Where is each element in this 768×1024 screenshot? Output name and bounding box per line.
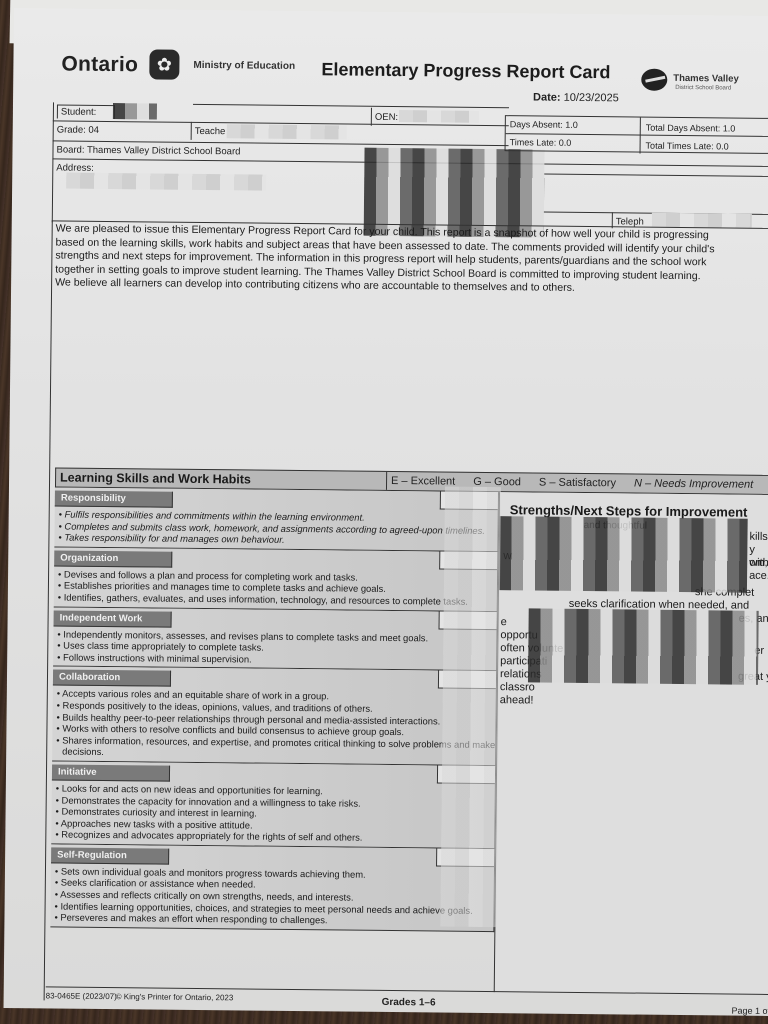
comment-fragment: kills [749,531,767,544]
comment-fragment: classro [500,681,563,695]
header: Ontario ✿ Ministry of Education Elementa… [61,47,768,105]
redacted-teacher-name [227,124,347,139]
skill-organization: Organization Devises and follows a plan … [54,547,499,611]
oen-label: OEN: [375,112,398,123]
skill-item: Shares information, resources, and exper… [56,734,495,762]
redacted-address [66,173,266,191]
skill-independent-work: Independent Work Independently monitors,… [53,607,498,671]
divider [191,122,192,140]
skill-responsibility: Responsibility Fulfils responsibilities … [54,487,499,551]
report-card-page: Ontario ✿ Ministry of Education Elementa… [4,8,768,1016]
page-number: Page 1 of [731,1006,768,1016]
divider [52,102,54,222]
skill-initiative: Initiative Looks for and acts on new ide… [51,761,496,849]
skill-category-label: Collaboration [53,670,171,687]
teacher-label: Teache [195,126,226,137]
report-date: Date: 10/23/2025 [533,91,619,104]
strengths-next-steps-panel: Strengths/Next Steps for Improvement and… [494,492,768,995]
total-times-late: Total Times Late: 0.0 [646,141,729,152]
skill-self-regulation: Self-Regulation Sets own individual goal… [50,844,495,932]
learning-skills-title: Learning Skills and Work Habits [60,471,251,487]
form-code: 83-0465E (2023/07) [46,991,117,1001]
learning-skills-list: Responsibility Fulfils responsibilities … [50,487,499,931]
divider [193,104,509,108]
legend-satisfactory: S – Satisfactory [539,474,616,493]
rating-legend: E – Excellent G – Good S – Satisfactory … [386,472,753,494]
redacted-comment [528,608,759,684]
skill-category-label: Organization [54,550,172,567]
board-label: Board: Thames Valley District School Boa… [56,144,240,157]
ontario-wordmark: Ontario [61,53,138,78]
skill-category-label: Independent Work [54,610,172,627]
comment-fragment: om, [749,557,767,570]
grade-range: Grades 1–6 [382,997,436,1009]
date-value: 10/23/2025 [564,92,619,105]
copyright: © King's Printer for Ontario, 2023 [116,992,234,1002]
skill-category-label: Self-Regulation [51,847,169,864]
trillium-icon: ✿ [149,49,179,79]
redacted-oen [399,110,479,123]
attendance-table: Days Absent: 1.0 Total Days Absent: 1.0 … [505,115,768,154]
board-logo-icon [641,69,667,91]
comment-fragment: ace. [749,570,768,583]
redacted-student-name [113,103,157,119]
board-logo-subtitle: District School Board [675,85,731,92]
comment-fragment: ahead! [500,694,563,708]
grade-label: Grade: 04 [57,124,99,135]
days-absent: Days Absent: 1.0 [510,119,578,130]
skill-collaboration: Collaboration Accepts various roles and … [52,667,497,766]
divider [506,133,768,137]
ministry-label: Ministry of Education [193,60,295,72]
divider [544,174,768,177]
legend-needs-improvement: N – Needs Improvement [634,475,753,494]
student-label: Student: [57,104,115,119]
times-late: Times Late: 0.0 [510,137,572,148]
redacted-ratings-column [440,487,501,928]
board-logo-name: Thames Valley [673,73,739,85]
page-title: Elementary Progress Report Card [321,59,610,83]
skill-category-label: Responsibility [55,490,173,507]
date-label: Date: [533,91,561,103]
skill-category-label: Initiative [52,764,170,781]
redacted-telephone [652,213,752,228]
total-days-absent: Total Days Absent: 1.0 [646,123,736,134]
redacted-comment [499,516,748,593]
intro-paragraph: We are pleased to issue this Elementary … [55,222,768,297]
